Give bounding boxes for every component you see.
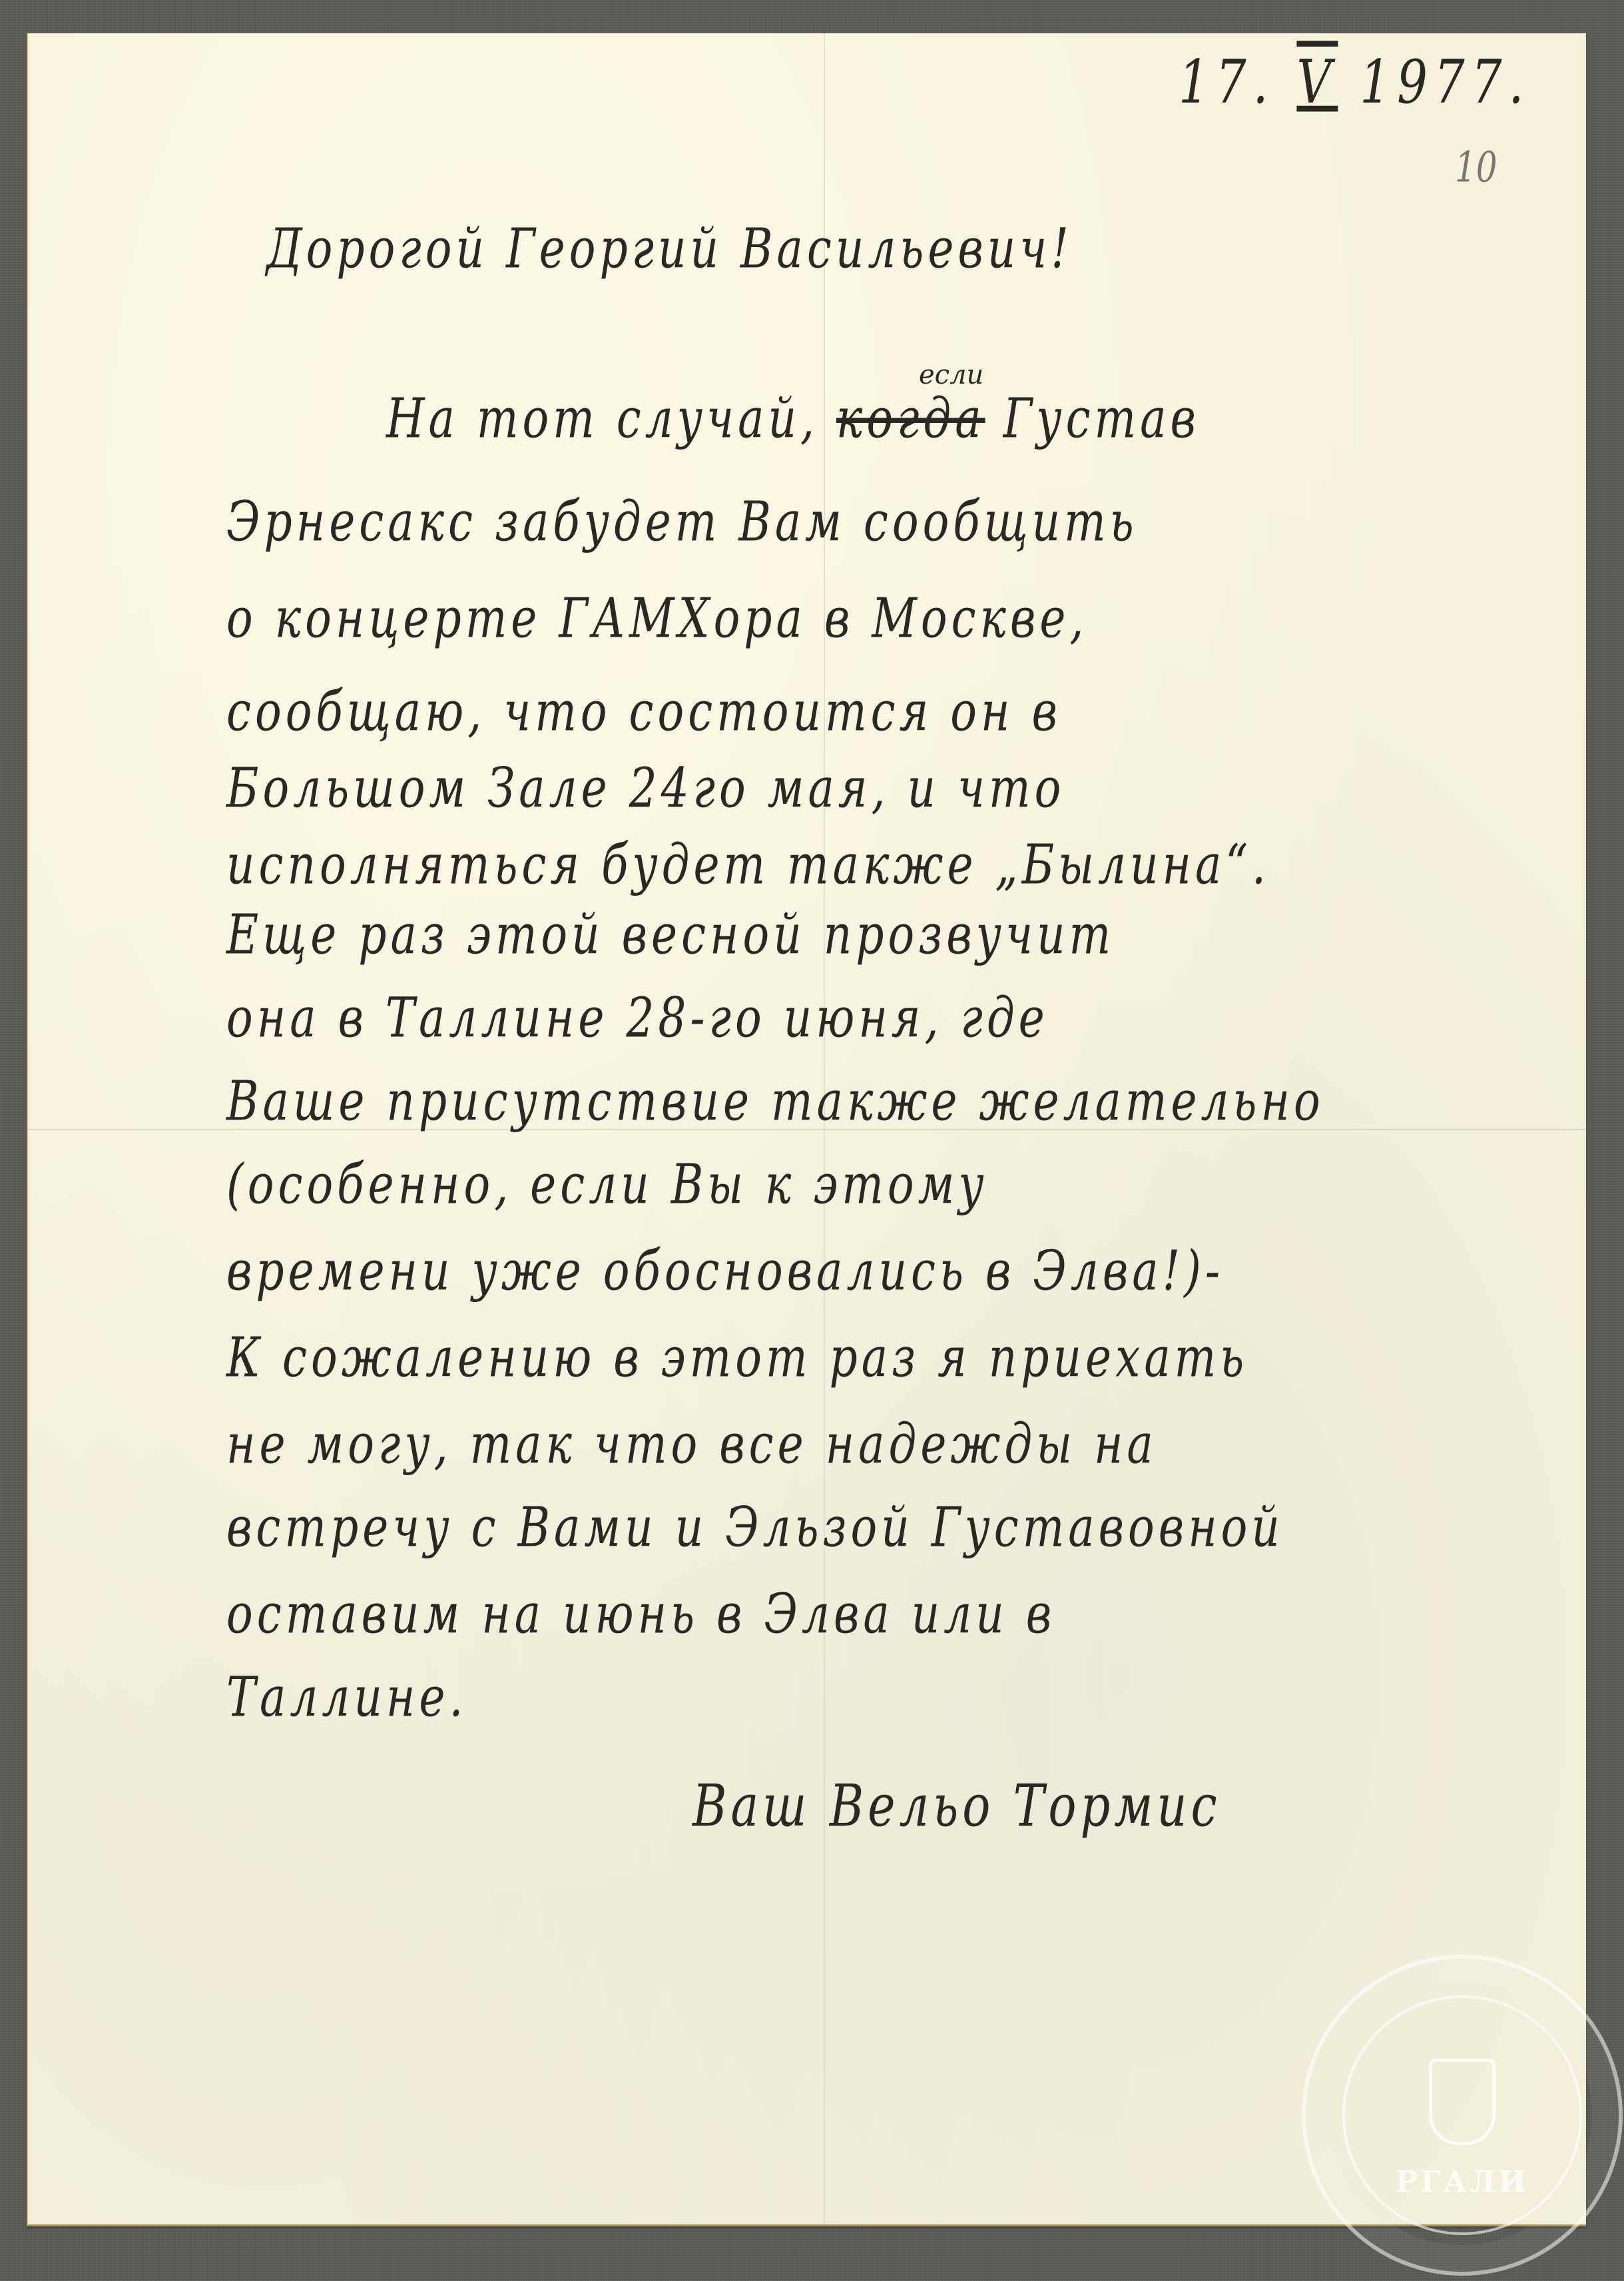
line-text: На тот случай, когда Густав — [386, 386, 1200, 450]
date-year: 1977. — [1360, 47, 1530, 117]
letter-date: 17. V 1977. — [1179, 47, 1530, 117]
letter-line: Таллине. — [226, 1665, 467, 1729]
letter-line: времени уже обосновались в Элва!)- — [226, 1239, 1224, 1303]
signature: Ваш Вельо Тормис — [692, 1772, 1221, 1840]
letter-line: Ваше присутствие также желательно — [226, 1069, 1324, 1133]
stamp-label: РГАЛИ — [1396, 2165, 1529, 2199]
letter-line: встречу с Вами и Эльзой Густавовной — [226, 1495, 1284, 1559]
date-day: 17. — [1179, 47, 1275, 117]
date-month: V — [1296, 47, 1338, 117]
letter-line: она в Таллине 28-го июня, где — [226, 986, 1049, 1050]
theater-mask-icon — [1429, 2059, 1495, 2145]
letter-line: сообщаю, что состоится он в — [226, 679, 1061, 743]
archive-seal-stamp: РГАЛИ — [1302, 1955, 1623, 2276]
letter-line: исполняться будет также „Былина“. — [226, 832, 1270, 896]
letter-line: о концерте ГАМХора в Москве, — [226, 586, 1087, 650]
letter-line: (особенно, если Вы к этому — [226, 1152, 988, 1216]
letter-line: Большом Зале 24го мая, и что — [226, 756, 1065, 820]
letter-greeting: Дорогой Георгий Васильевич! — [266, 216, 1073, 280]
letter-line: На тот случай, когда Густав — [386, 386, 1200, 450]
letter-line: оставим на июнь в Элва или в — [226, 1582, 1055, 1646]
letter-line: К сожалению в этот раз я приехать — [226, 1325, 1248, 1389]
letter-line: Еще раз этой весной прозвучит — [226, 902, 1115, 966]
letter-line: не могу, так что все надежды на — [226, 1412, 1157, 1476]
stamp-inner-ring: РГАЛИ — [1342, 1995, 1582, 2235]
letter-line: Эрнесакс забудет Вам сообщить — [226, 489, 1138, 553]
archive-page-number: 10 — [1455, 143, 1497, 192]
struck-word: когда — [836, 386, 985, 450]
